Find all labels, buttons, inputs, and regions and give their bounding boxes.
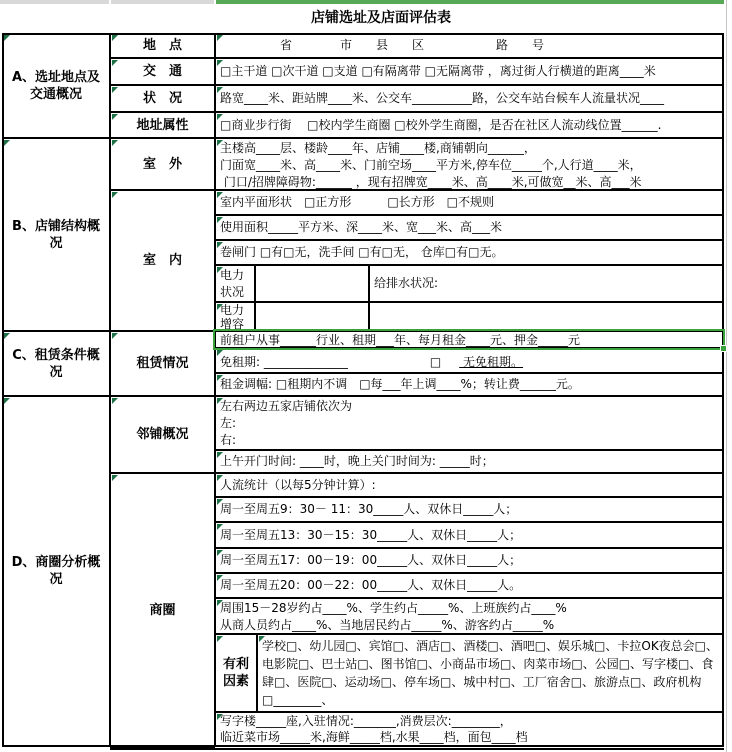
- row-label-lease[interactable]: 租赁情况: [110, 331, 215, 396]
- cell-address-attr[interactable]: □商业步行街 □校内学生商圈 □校外学生商圈，是否在社区人流动线位置______…: [215, 112, 723, 138]
- rent-free-checkbox[interactable]: □: [430, 354, 441, 371]
- sheet-gridline-right: [726, 0, 727, 752]
- section-a-label[interactable]: A、选址地点及 交通概况: [2, 33, 110, 138]
- form-title[interactable]: 店铺选址及店面评估表: [2, 6, 724, 32]
- row-label-address-attr[interactable]: 地址属性: [110, 112, 215, 138]
- rent-free-prefix: 免租期: ______________: [220, 354, 348, 371]
- cell-count-noon[interactable]: 周一至周五13：30－15：30_____人、双休日_____人；: [215, 522, 723, 548]
- cell-count-evening[interactable]: 周一至周五17：00－19：00_____人、双休日_____人；: [215, 548, 723, 573]
- section-b-label[interactable]: B、店铺结构概 况: [2, 138, 110, 331]
- cell-power-expand-value[interactable]: [255, 302, 369, 331]
- row-label-indoor[interactable]: 室 内: [110, 190, 215, 331]
- cell-office-market[interactable]: 写字楼_____座,入驻情况:_______,消费层次:________， 临近…: [215, 712, 723, 746]
- cell-rent-adjust[interactable]: 租金调幅: □租期内不调 □每___年上调____%；转让费______元。: [215, 373, 723, 396]
- section-d-label[interactable]: D、商圈分析概 况: [2, 396, 110, 746]
- rent-free-none-label: 无免租期。: [459, 354, 523, 371]
- next-row-border-stub: [110, 748, 724, 750]
- column-strip-gray-2: [111, 0, 214, 4]
- cell-neighbor-shops[interactable]: 左右两边五家店铺依次为 左: 右:: [215, 396, 723, 450]
- cell-location-value[interactable]: 省 市 县 区 路 号: [215, 33, 723, 58]
- section-c-label[interactable]: C、租赁条件概 况: [2, 331, 110, 396]
- row-label-condition[interactable]: 状 况: [110, 85, 215, 112]
- cell-power-expand-label[interactable]: 电力 增容: [215, 302, 255, 331]
- cell-traffic-count-title[interactable]: 人流统计（以每5分钟计算）:: [215, 473, 723, 497]
- cell-favorable-factors[interactable]: 学校□、幼儿园□、宾馆□、酒店□、酒楼□、酒吧□、娱乐城□、卡拉OK夜总会□、电…: [257, 634, 723, 712]
- row-label-location[interactable]: 地 点: [110, 33, 215, 58]
- cell-power-status-value[interactable]: [255, 265, 369, 302]
- cell-favorable-label[interactable]: 有利 因素: [215, 634, 257, 712]
- row-label-neighbor[interactable]: 邻铺概况: [110, 396, 215, 473]
- cell-demographics[interactable]: 周围15－28岁约占____%、学生约占_____%、上班族约占____% 从商…: [215, 598, 723, 634]
- spreadsheet-form: 店铺选址及店面评估表 A、选址地点及 交通概况 B、店铺结构概 况 C、租赁条件…: [0, 0, 732, 752]
- cell-power-expand-note[interactable]: [369, 302, 723, 331]
- cell-outdoor-info[interactable]: 主楼高____层、楼龄____年、店铺____楼,商铺朝向______， 门面宽…: [215, 138, 723, 190]
- cell-open-hours[interactable]: 上午开门时间: ____时，晚上关门时间为: _____时；: [215, 450, 723, 473]
- cell-power-status-label[interactable]: 电力 状况: [215, 265, 255, 302]
- cell-traffic-type[interactable]: □主干道 □次干道 □支道 □有隔离带 □无隔离带 ，离过街人行横道的距离___…: [215, 58, 723, 85]
- cell-drainage[interactable]: 给排水状况:: [369, 265, 723, 302]
- cell-indoor-shape[interactable]: 室内平面形状 □正方形 □长方形 □不规则: [215, 190, 723, 215]
- cell-prev-tenant[interactable]: 前租户从事______行业、租期___年、每月租金____元、押金_____元: [215, 331, 723, 348]
- cell-count-night[interactable]: 周一至周五20：00－22：00_____人、双休日_____人。: [215, 573, 723, 598]
- cell-usable-area[interactable]: 使用面积_____平方米、深____米、宽___米、高___米: [215, 215, 723, 240]
- cell-rent-free[interactable]: 免租期: ______________ □ 无免租期。: [215, 348, 723, 373]
- row-label-trade-area[interactable]: 商圈: [110, 473, 215, 748]
- cell-count-morning[interactable]: 周一至周五9：30－ 11：30_____人、双休日_____人；: [215, 497, 723, 522]
- row-label-outdoor[interactable]: 室 外: [110, 138, 215, 190]
- column-strip-green: [216, 0, 724, 4]
- cell-road-info[interactable]: 路宽____米、距站牌____米、公交车__________路，公交车站台候车人…: [215, 85, 723, 112]
- cell-doors[interactable]: 卷闸门 □有□无，洗手间 □有□无， 仓库□有□无。: [215, 240, 723, 265]
- row-label-traffic[interactable]: 交 通: [110, 58, 215, 85]
- column-strip-gray-1: [0, 0, 109, 4]
